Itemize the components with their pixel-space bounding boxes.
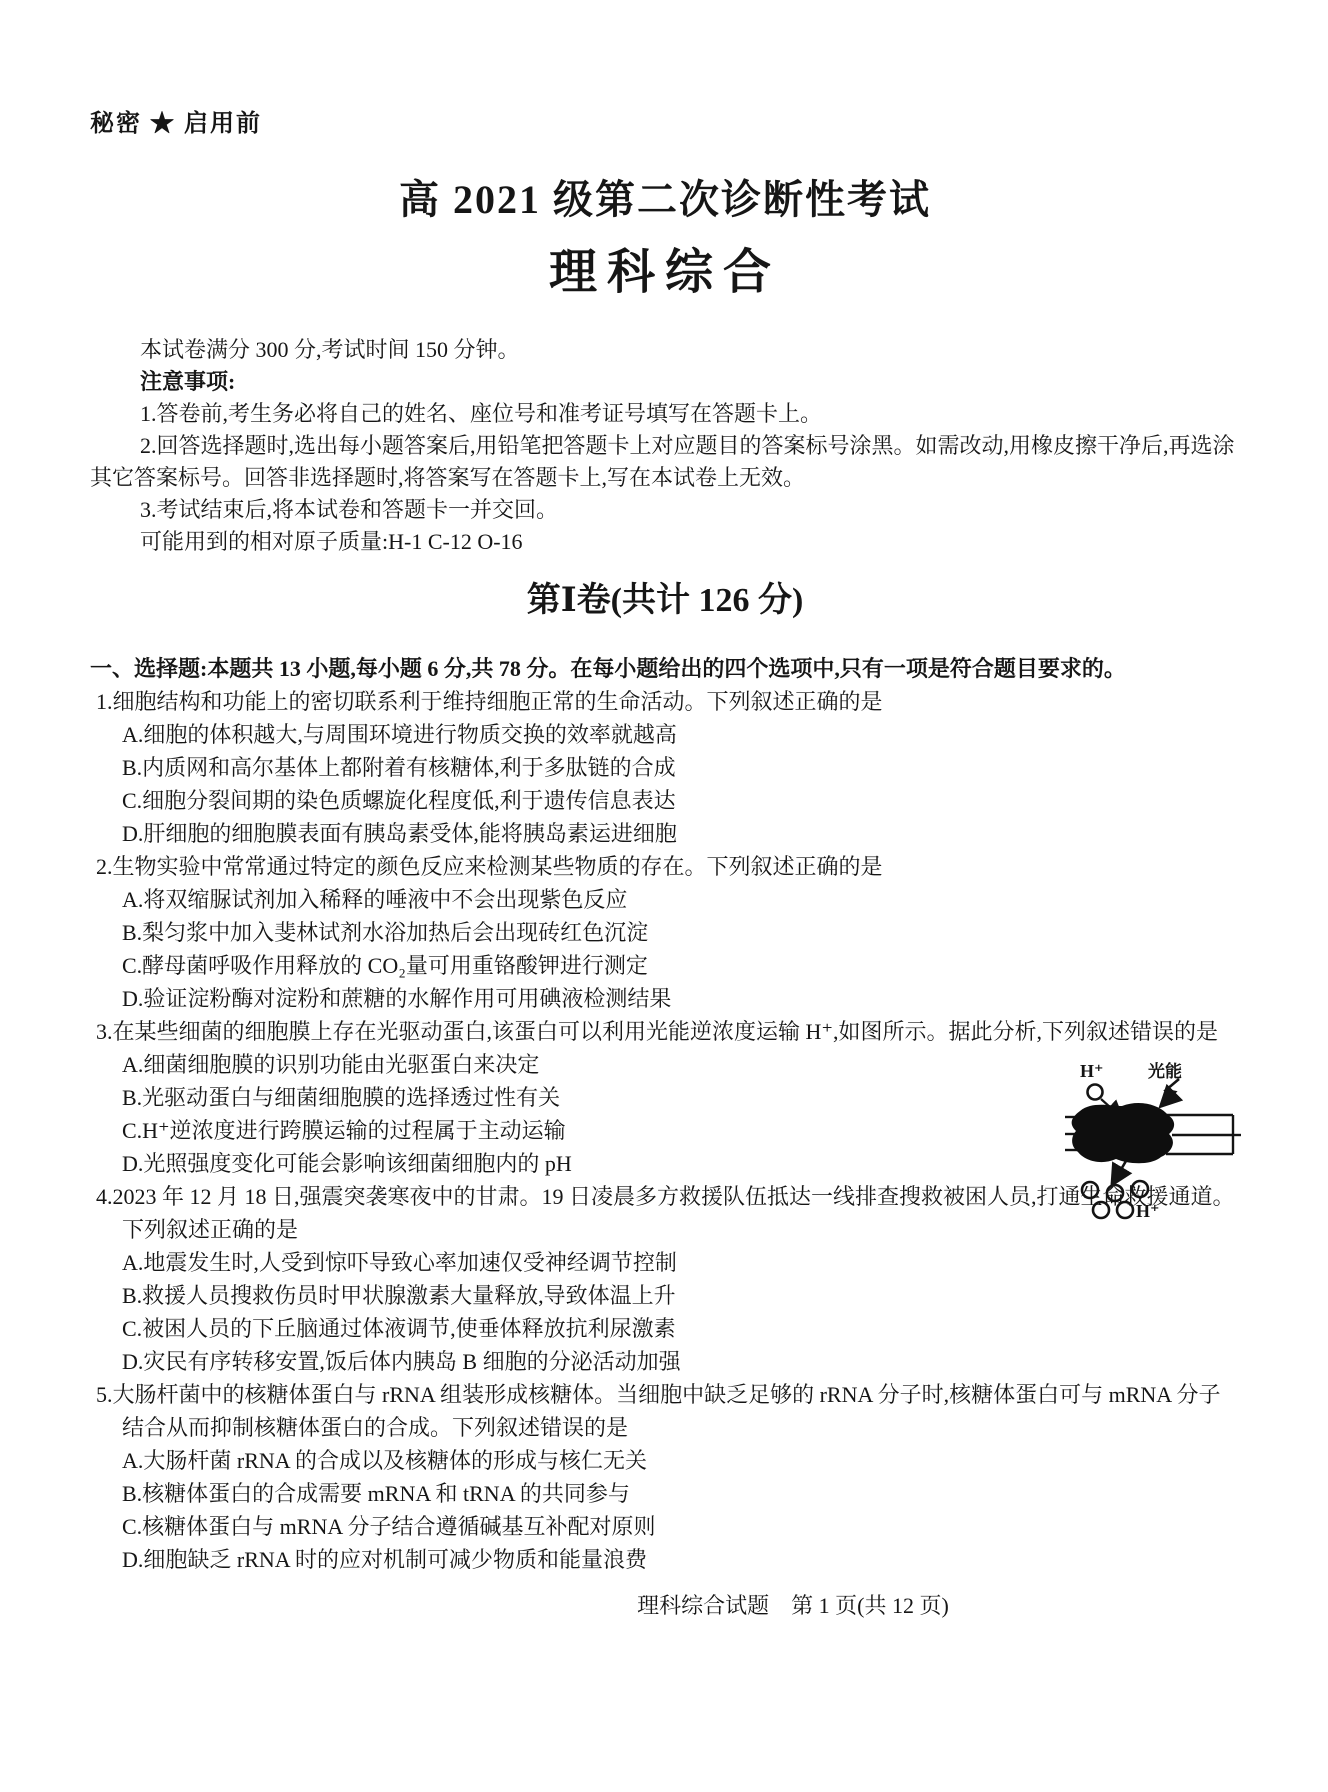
- exam-title: 高 2021 级第二次诊断性考试: [90, 168, 1240, 225]
- question-2-text: 生物实验中常常通过特定的颜色反应来检测某些物质的存在。下列叙述正确的是: [113, 854, 883, 879]
- question-2-stem: 2.生物实验中常常通过特定的颜色反应来检测某些物质的存在。下列叙述正确的是: [90, 850, 1240, 883]
- question-4-text: 2023 年 12 月 18 日,强震突袭寒夜中的甘肃。19 日凌晨多方救援队伍…: [113, 1184, 1235, 1242]
- light-arrow-icon: [1162, 1079, 1179, 1105]
- q2-option-b: B.梨匀浆中加入斐林试剂水浴加热后会出现砖红色沉淀: [122, 916, 1240, 949]
- question-4: 4.2023 年 12 月 18 日,强震突袭寒夜中的甘肃。19 日凌晨多方救援…: [90, 1180, 1240, 1378]
- q5-option-d: D.细胞缺乏 rRNA 时的应对机制可减少物质和能量浪费: [122, 1543, 1240, 1576]
- q1-option-b: B.内质网和高尔基体上都附着有核糖体,利于多肽链的合成: [122, 751, 1240, 784]
- question-3: 3.在某些细菌的细胞膜上存在光驱动蛋白,该蛋白可以利用光能逆浓度运输 H⁺,如图…: [90, 1015, 1240, 1180]
- page-footer: 理科综合试题 第 1 页(共 12 页): [218, 1590, 1328, 1622]
- q4-option-b: B.救援人员搜救伤员时甲状腺激素大量释放,导致体温上升: [122, 1279, 1240, 1312]
- subject-title: 理科综合: [90, 233, 1240, 302]
- question-5: 5.大肠杆菌中的核糖体蛋白与 rRNA 组装形成核糖体。当细胞中缺乏足够的 rR…: [90, 1378, 1240, 1576]
- q4-option-a: A.地震发生时,人受到惊吓导致心率加速仅受神经调节控制: [122, 1246, 1240, 1279]
- question-4-number: 4.: [96, 1184, 113, 1209]
- question-3-number: 3.: [96, 1019, 113, 1044]
- question-1-number: 1.: [96, 689, 113, 714]
- front-matter: 本试卷满分 300 分,考试时间 150 分钟。 注意事项: 1.答卷前,考生务…: [90, 334, 1240, 558]
- question-1: 1.细胞结构和功能上的密切联系利于维持细胞正常的生命活动。下列叙述正确的是 A.…: [90, 685, 1240, 850]
- exam-paper-page: 秘密 ★ 启用前 高 2021 级第二次诊断性考试 理科综合 本试卷满分 300…: [0, 0, 1328, 1792]
- question-3-stem: 3.在某些细菌的细胞膜上存在光驱动蛋白,该蛋白可以利用光能逆浓度运输 H⁺,如图…: [90, 1015, 1240, 1048]
- proton-circle-top: [1088, 1085, 1103, 1100]
- q1-option-c: C.细胞分裂间期的染色质螺旋化程度低,利于遗传信息表达: [122, 784, 1240, 817]
- h-plus-top-label: H⁺: [1080, 1061, 1104, 1081]
- question-3-text: 在某些细菌的细胞膜上存在光驱动蛋白,该蛋白可以利用光能逆浓度运输 H⁺,如图所示…: [113, 1019, 1219, 1044]
- note-item-1: 1.答卷前,考生务必将自己的姓名、座位号和准考证号填写在答题卡上。: [90, 398, 1240, 430]
- q2-option-a: A.将双缩脲试剂加入稀释的唾液中不会出现紫色反应: [122, 883, 1240, 916]
- question-4-stem: 4.2023 年 12 月 18 日,强震突袭寒夜中的甘肃。19 日凌晨多方救援…: [90, 1180, 1240, 1246]
- q1-option-d: D.肝细胞的细胞膜表面有胰岛素受体,能将胰岛素运进细胞: [122, 817, 1240, 850]
- question-area: 一、选择题:本题共 13 小题,每小题 6 分,共 78 分。在每小题给出的四个…: [90, 652, 1240, 1622]
- q4-option-c: C.被困人员的下丘脑通过体液调节,使垂体释放抗利尿激素: [122, 1312, 1240, 1345]
- section-instruction: 一、选择题:本题共 13 小题,每小题 6 分,共 78 分。在每小题给出的四个…: [90, 652, 1240, 685]
- q5-option-c: C.核糖体蛋白与 mRNA 分子结合遵循碱基互补配对原则: [122, 1510, 1240, 1543]
- atomic-mass-line: 可能用到的相对原子质量:H-1 C-12 O-16: [90, 526, 1240, 558]
- q5-option-a: A.大肠杆菌 rRNA 的合成以及核糖体的形成与核仁无关: [122, 1444, 1240, 1477]
- exam-info-line: 本试卷满分 300 分,考试时间 150 分钟。: [90, 334, 1240, 366]
- classification-label: 秘密 ★ 启用前: [90, 103, 1240, 138]
- q5-option-b: B.核糖体蛋白的合成需要 mRNA 和 tRNA 的共同参与: [122, 1477, 1240, 1510]
- q4-option-d: D.灾民有序转移安置,饭后体内胰岛 B 细胞的分泌活动加强: [122, 1345, 1240, 1378]
- light-energy-label: 光能: [1148, 1061, 1182, 1081]
- question-5-text: 大肠杆菌中的核糖体蛋白与 rRNA 组装形成核糖体。当细胞中缺乏足够的 rRNA…: [113, 1382, 1221, 1440]
- question-2-number: 2.: [96, 854, 113, 879]
- q2-option-c: C.酵母菌呼吸作用释放的 CO₂量可用重铬酸钾进行测定: [122, 949, 1240, 982]
- membrane-right: [1166, 1115, 1241, 1154]
- notes-heading: 注意事项:: [90, 366, 1240, 398]
- question-2: 2.生物实验中常常通过特定的颜色反应来检测某些物质的存在。下列叙述正确的是 A.…: [90, 850, 1240, 1015]
- question-1-text: 细胞结构和功能上的密切联系利于维持细胞正常的生命活动。下列叙述正确的是: [113, 689, 883, 714]
- q2-option-d: D.验证淀粉酶对淀粉和蔗糖的水解作用可用碘液检测结果: [122, 982, 1240, 1015]
- note-item-3: 3.考试结束后,将本试卷和答题卡一并交回。: [90, 494, 1240, 526]
- question-1-stem: 1.细胞结构和功能上的密切联系利于维持细胞正常的生命活动。下列叙述正确的是: [90, 685, 1240, 718]
- section-title: 第Ⅰ卷(共计 126 分): [90, 578, 1240, 624]
- question-5-number: 5.: [96, 1382, 113, 1407]
- q1-option-a: A.细胞的体积越大,与周围环境进行物质交换的效率就越高: [122, 718, 1240, 751]
- light-driven-protein: [1072, 1103, 1174, 1163]
- question-5-stem: 5.大肠杆菌中的核糖体蛋白与 rRNA 组装形成核糖体。当细胞中缺乏足够的 rR…: [90, 1378, 1240, 1444]
- note-item-2: 2.回答选择题时,选出每小题答案后,用铅笔把答题卡上对应题目的答案标号涂黑。如需…: [90, 430, 1240, 494]
